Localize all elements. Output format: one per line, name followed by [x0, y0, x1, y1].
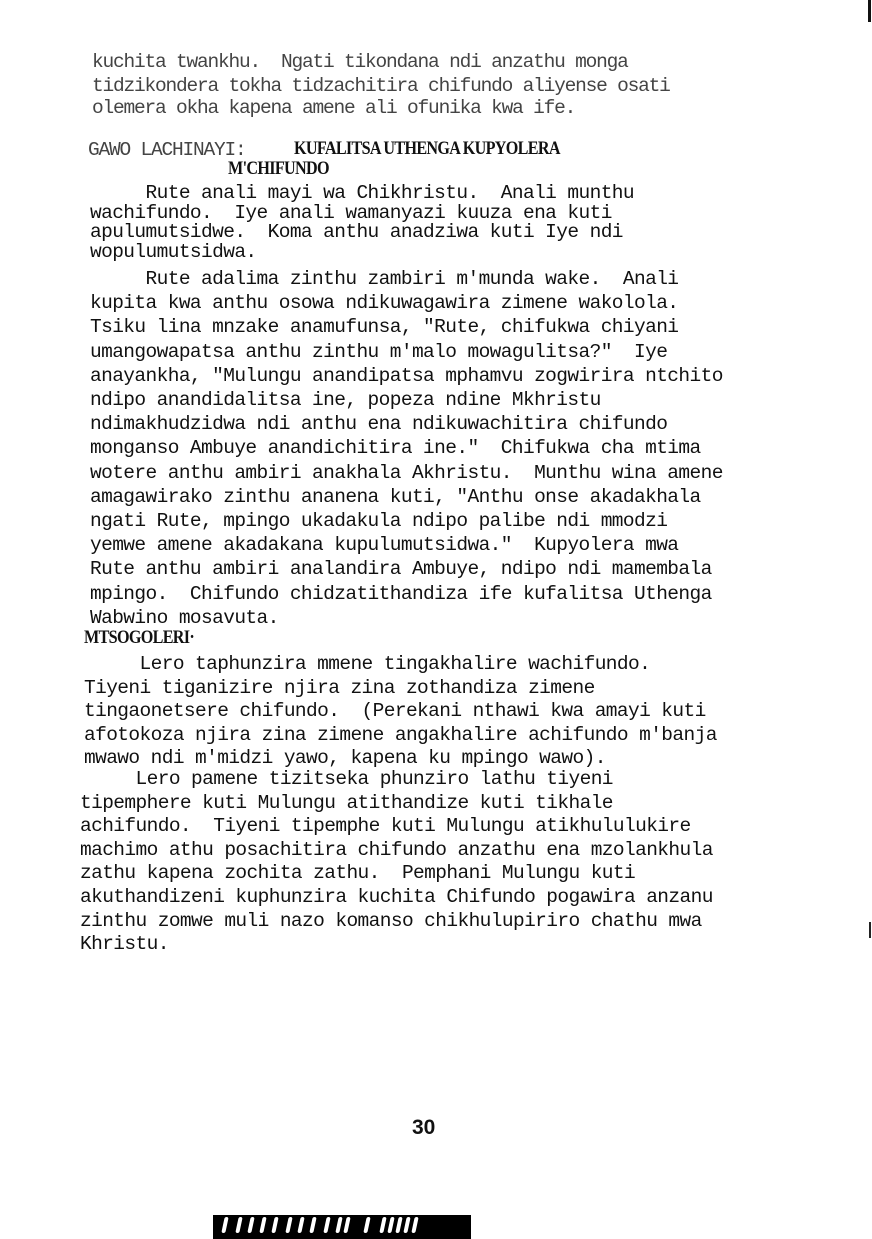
- text-line: wotere anthu ambiri anakhala Akhristu. M…: [90, 461, 723, 485]
- scan-streak: [259, 1217, 266, 1233]
- scan-streak: [235, 1217, 242, 1233]
- text-line: tingaonetsere chifundo. (Perekani nthawi…: [84, 699, 706, 723]
- text-line: tipemphere kuti Mulungu atithandize kuti…: [80, 791, 613, 815]
- text-line: ndimakhudzidwa ndi anthu ena ndikuwachit…: [90, 412, 667, 436]
- scan-streak: [247, 1217, 254, 1233]
- leader-heading: MTSOGOLERI·: [84, 627, 194, 649]
- text-line: afotokoza njira zina zimene angakhalire …: [84, 723, 717, 747]
- text-line: zathu kapena zochita zathu. Pemphani Mul…: [80, 861, 635, 885]
- text-line: machimo athu posachitira chifundo anzath…: [80, 838, 713, 862]
- scan-streak: [285, 1217, 292, 1233]
- text-line: Tsiku lina mnzake anamufunsa, "Rute, chi…: [90, 315, 678, 339]
- text-line: Rute adalima zinthu zambiri m'munda wake…: [90, 267, 678, 291]
- text-line: anayankha, "Mulungu anandipatsa mphamvu …: [90, 364, 723, 388]
- scan-edge-mark: [869, 922, 871, 938]
- section-heading-title: KUFALITSA UTHENGA KUPYOLERA: [294, 138, 560, 160]
- scan-streak: [411, 1217, 418, 1233]
- scan-streak: [387, 1217, 394, 1233]
- scan-streak: [395, 1217, 402, 1233]
- text-line: ngati Rute, mpingo ukadakula ndipo palib…: [90, 509, 667, 533]
- scan-streak: [323, 1217, 330, 1233]
- scanned-page: kuchita twankhu. Ngati tikondana ndi anz…: [0, 0, 872, 1239]
- text-line: monganso Ambuye anandichitira ine." Chif…: [90, 436, 701, 460]
- text-line: Tiyeni tiganizire njira zina zothandiza …: [84, 676, 595, 700]
- text-line: akuthandizeni kuphunzira kuchita Chifund…: [80, 885, 713, 909]
- text-line: zinthu zomwe muli nazo komanso chikhulup…: [80, 909, 702, 933]
- text-line: yemwe amene akadakana kupulumutsidwa." K…: [90, 533, 678, 557]
- scan-streak: [403, 1217, 410, 1233]
- scan-streak: [271, 1217, 278, 1233]
- text-line: Khristu.: [80, 932, 169, 956]
- text-line: Rute anthu ambiri analandira Ambuye, ndi…: [90, 557, 712, 581]
- text-line: ndipo anandidalitsa ine, popeza ndine Mk…: [90, 388, 601, 412]
- intro-line: kuchita twankhu. Ngati tikondana ndi anz…: [92, 50, 628, 74]
- scan-artifact-bar: [213, 1215, 471, 1239]
- scan-streak: [297, 1217, 304, 1233]
- text-line: Lero taphunzira mmene tingakhalire wachi…: [84, 652, 650, 676]
- scan-streak: [379, 1217, 386, 1233]
- scan-streak: [335, 1217, 342, 1233]
- text-line: kupita kwa anthu osowa ndikuwagawira zim…: [90, 291, 678, 315]
- page-number: 30: [412, 1116, 435, 1140]
- scan-streak: [343, 1217, 350, 1233]
- section-heading-title-cont: M'CHIFUNDO: [228, 158, 329, 180]
- scan-edge-mark: [868, 0, 871, 22]
- text-line: wopulumutsidwa.: [90, 240, 257, 264]
- text-line: Lero pamene tizitseka phunziro lathu tiy…: [80, 767, 613, 791]
- text-line: umangowapatsa anthu zinthu m'malo mowagu…: [90, 340, 667, 364]
- intro-line: tidzikondera tokha tidzachitira chifundo…: [92, 74, 670, 98]
- text-line: mpingo. Chifundo chidzatithandiza ife ku…: [90, 582, 712, 606]
- scan-streak: [363, 1217, 370, 1233]
- intro-line: olemera okha kapena amene ali ofunika kw…: [92, 96, 575, 120]
- text-line: amagawirako zinthu ananena kuti, "Anthu …: [90, 485, 701, 509]
- scan-streak: [309, 1217, 316, 1233]
- text-line: achifundo. Tiyeni tipemphe kuti Mulungu …: [80, 814, 691, 838]
- scan-streak: [221, 1217, 228, 1233]
